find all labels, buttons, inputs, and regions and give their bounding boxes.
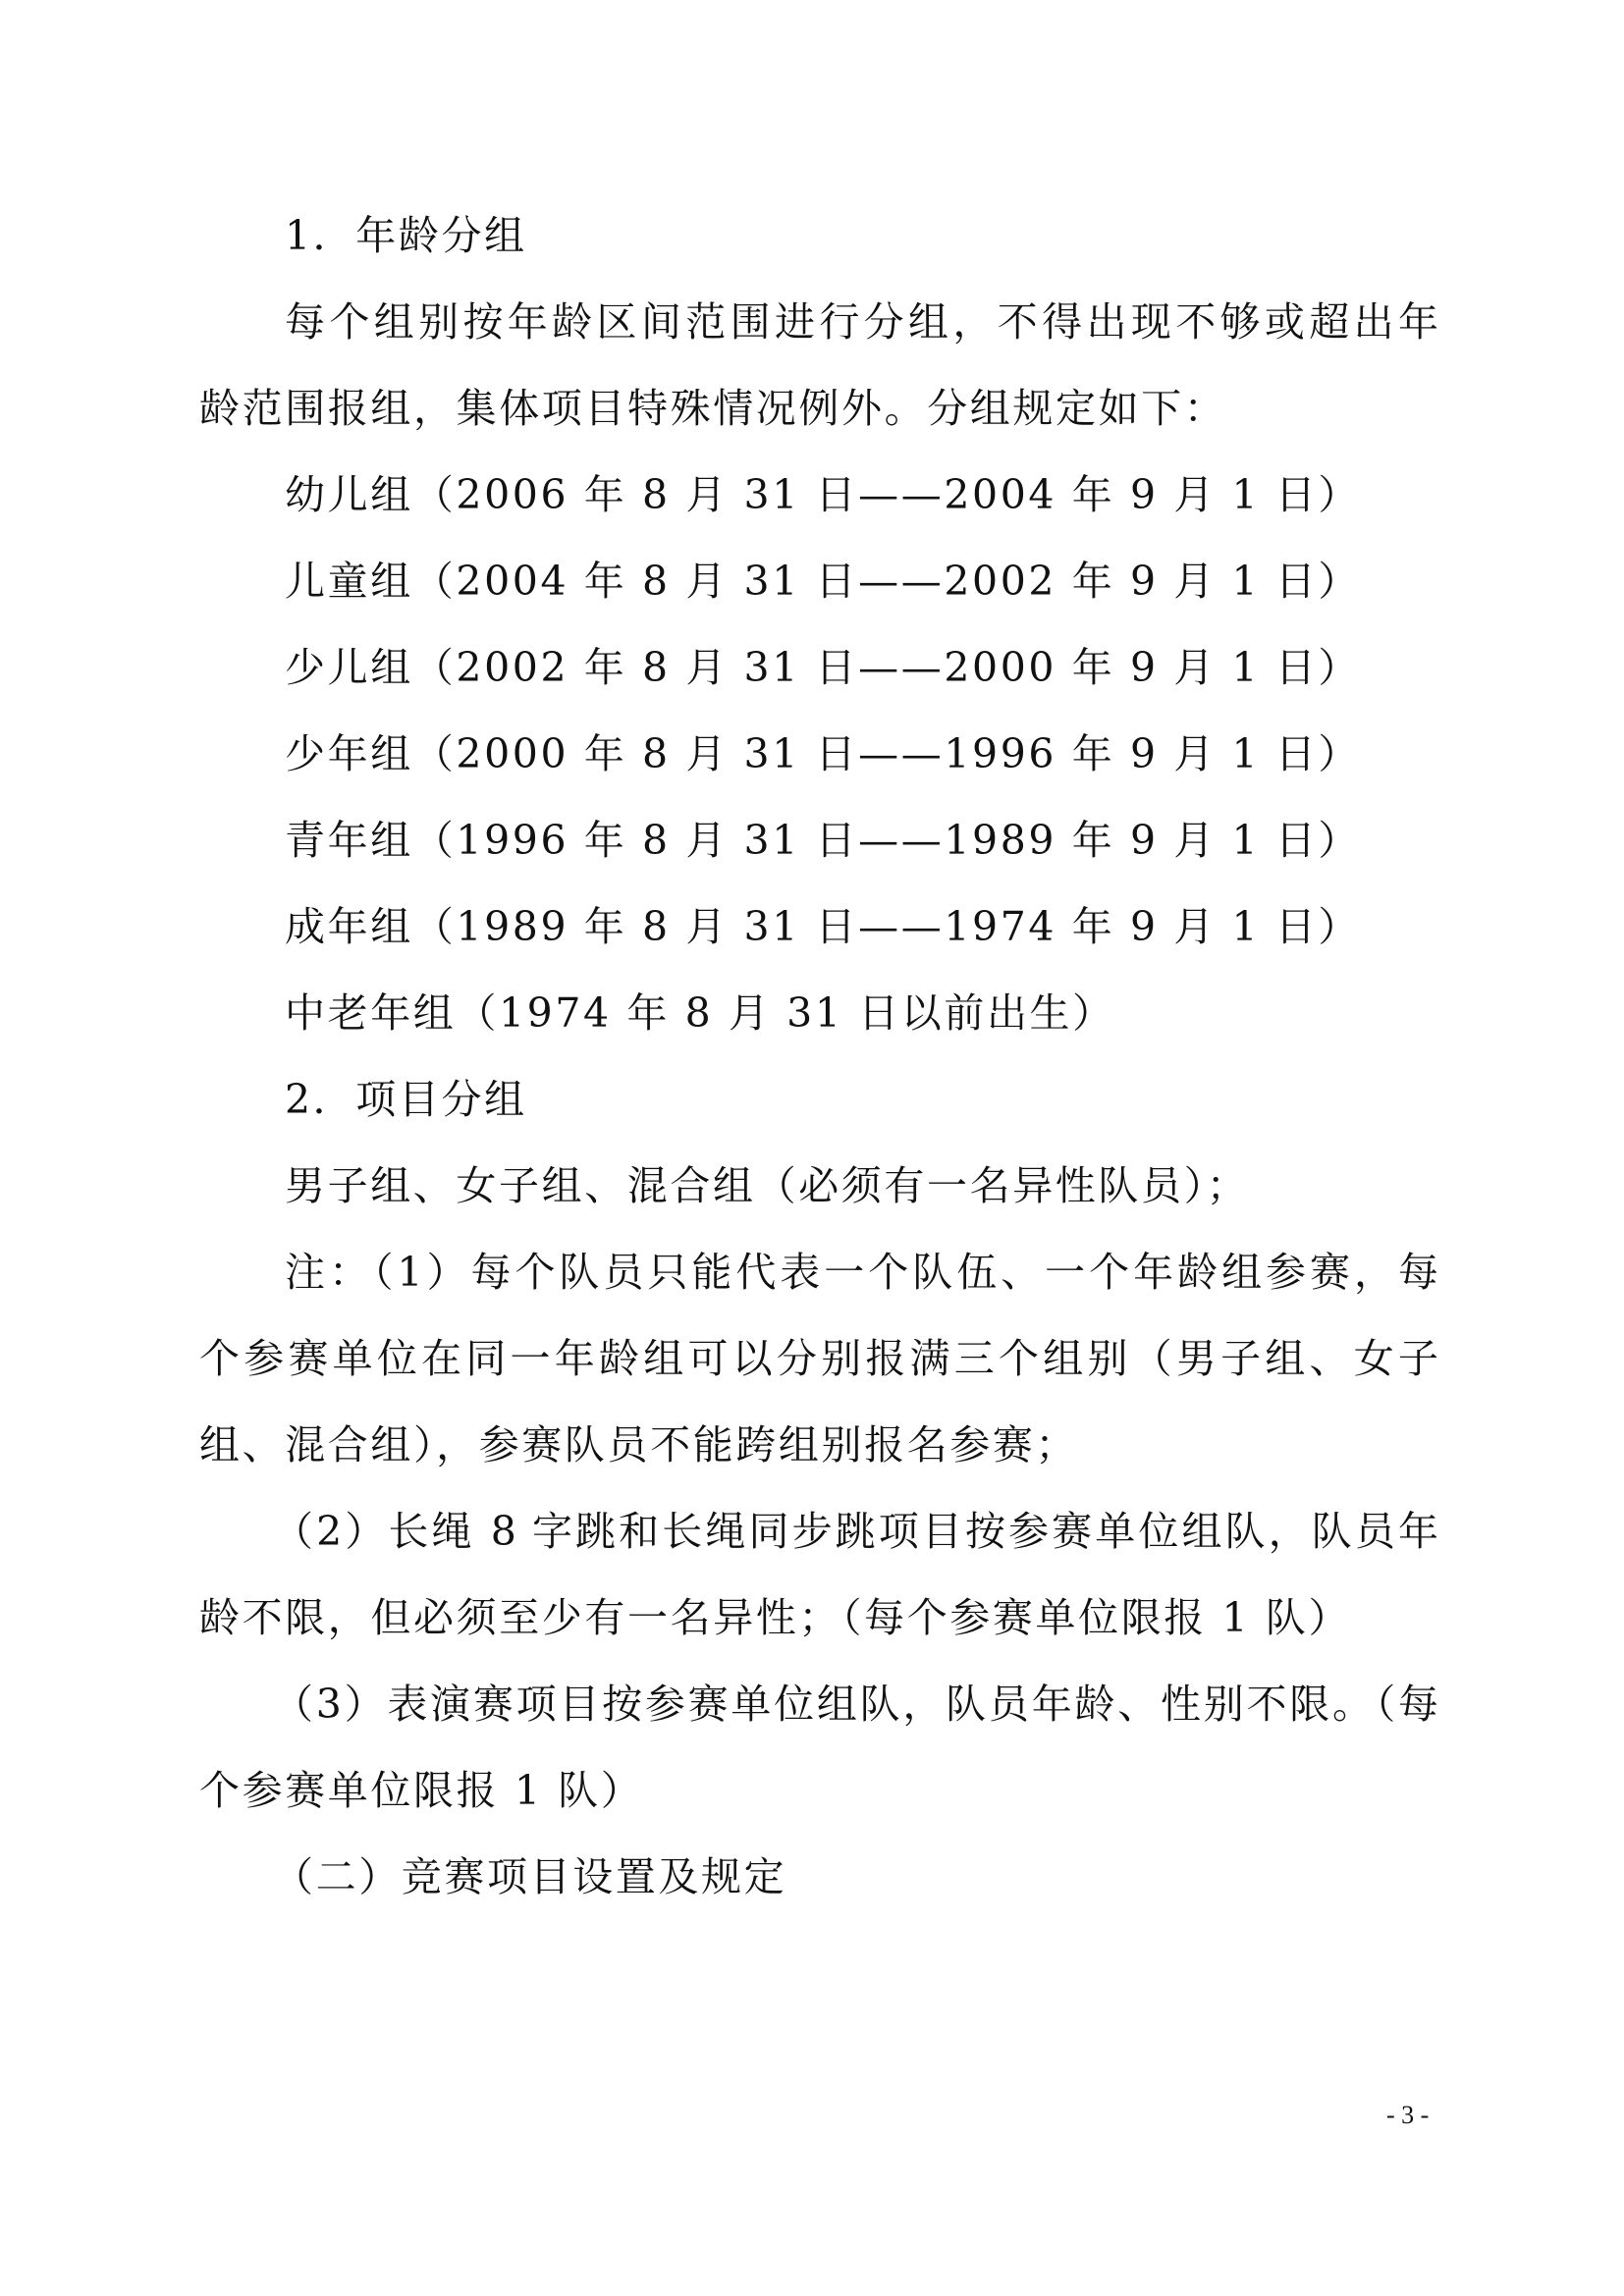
note-line: （2）长绳 8 字跳和长绳同步跳项目按参赛单位组队，队员年 (273, 1507, 1438, 1556)
age-group-item: 少年组（2000 年 8 月 31 日——1996 年 9 月 1 日） (285, 729, 1438, 778)
age-group-item: 中老年组（1974 年 8 月 31 日以前出生） (285, 988, 1438, 1038)
heading-age-grouping: 1．年龄分组 (285, 211, 1438, 260)
paragraph-line: 每个组别按年龄区间范围进行分组，不得出现不够或超出年 (285, 297, 1438, 347)
age-group-item: 少儿组（2002 年 8 月 31 日——2000 年 9 月 1 日） (285, 643, 1438, 692)
paragraph-line: 男子组、女子组、混合组（必须有一名异性队员）； (285, 1161, 1438, 1210)
age-group-item: 青年组（1996 年 8 月 31 日——1989 年 9 月 1 日） (285, 816, 1438, 865)
note-line: 个参赛单位在同一年龄组可以分别报满三个组别（男子组、女子 (199, 1334, 1438, 1383)
note-line: 注：（1）每个队员只能代表一个队伍、一个年龄组参赛，每 (285, 1248, 1438, 1297)
note-line: 组、混合组），参赛队员不能跨组别报名参赛； (199, 1420, 1438, 1469)
age-group-item: 儿童组（2004 年 8 月 31 日——2002 年 9 月 1 日） (285, 557, 1438, 606)
age-group-item: 幼儿组（2006 年 8 月 31 日——2004 年 9 月 1 日） (285, 470, 1438, 519)
heading-event-grouping: 2．项目分组 (285, 1075, 1438, 1124)
paragraph-line: 龄范围报组，集体项目特殊情况例外。分组规定如下： (199, 384, 1438, 433)
page-number: - 3 - (1386, 2101, 1429, 2130)
document-page: 1．年龄分组 每个组别按年龄区间范围进行分组，不得出现不够或超出年 龄范围报组，… (0, 0, 1624, 2296)
note-line: 个参赛单位限报 1 队） (199, 1766, 1438, 1815)
section-heading: （二）竞赛项目设置及规定 (273, 1852, 1438, 1901)
note-line: 龄不限，但必须至少有一名异性；（每个参赛单位限报 1 队） (199, 1593, 1438, 1642)
note-line: （3）表演赛项目按参赛单位组队，队员年龄、性别不限。（每 (273, 1680, 1438, 1729)
age-group-item: 成年组（1989 年 8 月 31 日——1974 年 9 月 1 日） (285, 902, 1438, 951)
